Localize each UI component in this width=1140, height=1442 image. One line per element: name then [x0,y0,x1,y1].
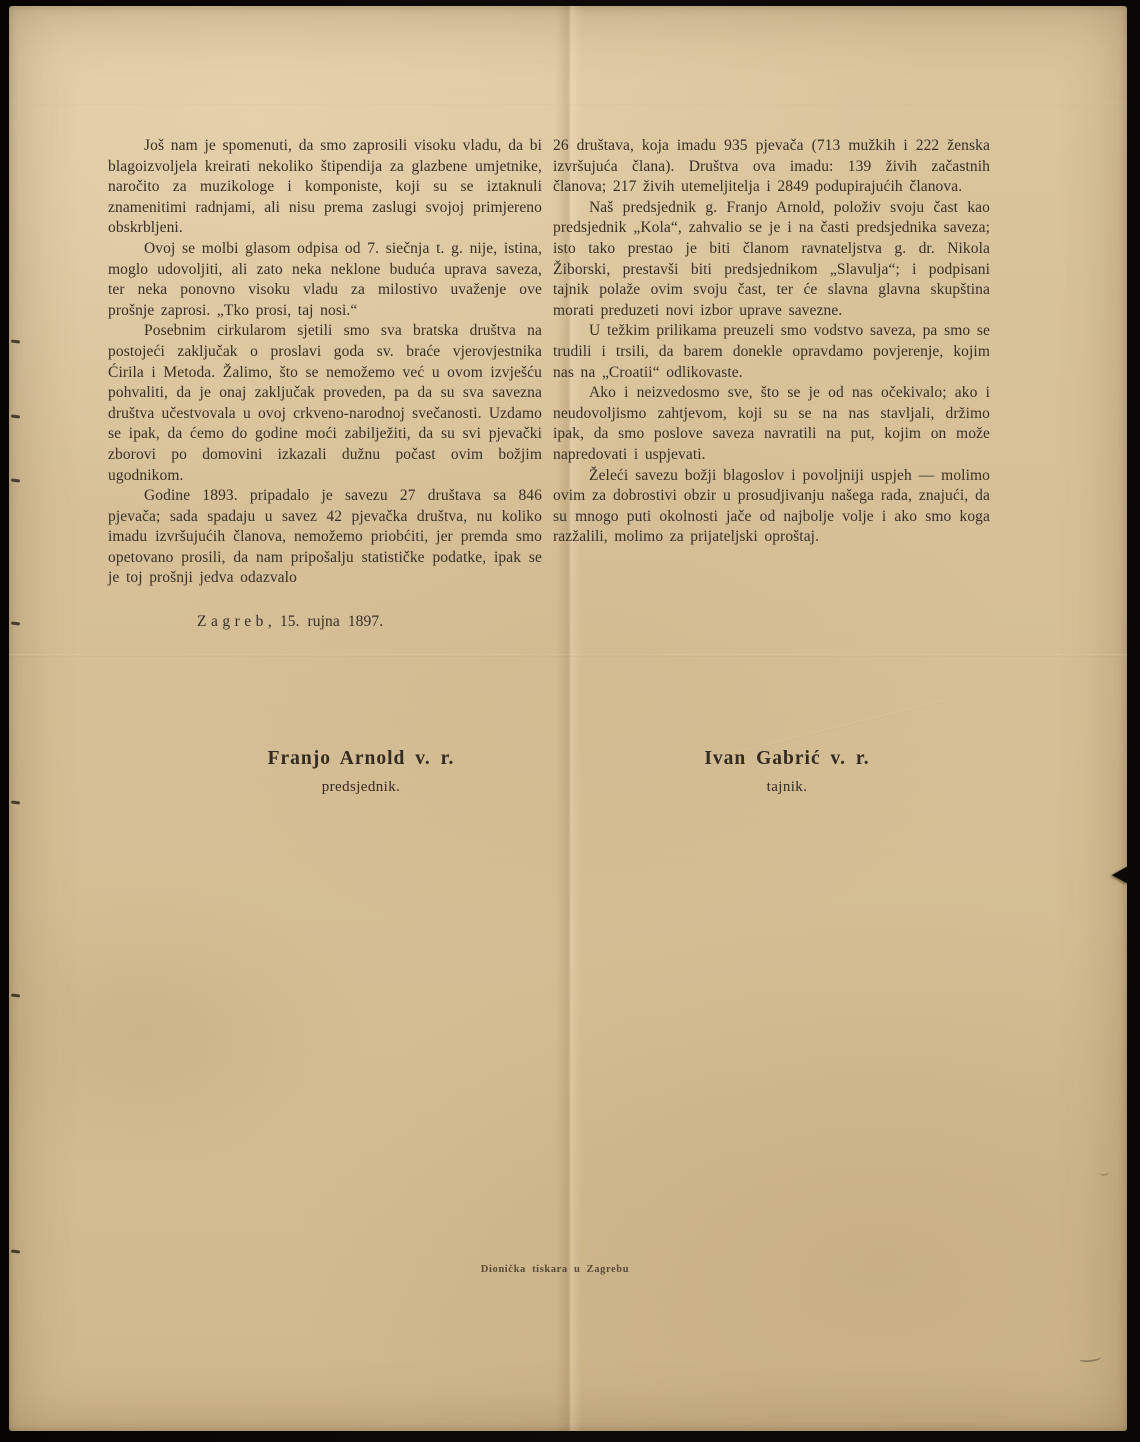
edge-tear-notch [1112,866,1128,884]
dateline: Zagreb, 15. rujna 1897. [197,612,542,633]
signature-secretary-title: tajnik. [627,779,947,796]
horizontal-crease [9,102,1127,105]
smudge-mark [1079,1353,1102,1363]
photo-backdrop: Još nam je spomenuti, da smo zaprosili v… [0,0,1140,1442]
stitch-mark [11,339,20,343]
stitch-mark [11,478,20,482]
stitch-mark [11,1249,20,1253]
signature-president-title: predsjednik. [201,779,521,796]
signature-secretary: Ivan Gabrić v. r. tajnik. [627,748,947,796]
paragraph-leadership: U težkim prilikama preuzeli smo vodstvo … [553,321,990,383]
paragraph-membership-numbers: 26 društava, koja imadu 935 pjevača (713… [553,136,990,198]
paragraph-petition-reply: Ovoj se molbi glasom odpisa od 7. siečnj… [108,239,542,321]
stitch-mark [11,800,20,804]
paragraph-resignations: Naš predsjednik g. Franjo Arnold, položi… [553,198,990,322]
signature-president: Franjo Arnold v. r. predsjednik. [201,748,521,796]
smudge-mark [1099,1167,1110,1176]
paragraph-circular: Posebnim cirkularom sjetili smo sva brat… [108,321,542,486]
dateline-date: , 15. rujna 1897. [268,613,383,630]
stitch-mark [11,414,20,418]
horizontal-crease [9,654,1127,657]
right-column: 26 društava, koja imadu 935 pjevača (713… [553,136,990,548]
dateline-place: Zagreb [197,613,268,630]
paragraph-farewell: Želeći savezu božji blagoslov i povoljni… [553,466,990,548]
paragraph-statistics: Godine 1893. pripadalo je savezu 27 druš… [108,486,542,589]
signature-president-name: Franjo Arnold v. r. [201,748,521,770]
stitch-mark [11,993,20,997]
stitch-mark [11,621,20,625]
paragraph-apologia: Ako i neizvedosmo sve, što se je od nas … [553,383,990,465]
document-page: Još nam je spomenuti, da smo zaprosili v… [9,6,1127,1431]
printer-imprint: Dionička tiskara u Zagrebu [395,1264,715,1275]
signature-secretary-name: Ivan Gabrić v. r. [627,748,947,770]
paragraph-stipends: Još nam je spomenuti, da smo zaprosili v… [108,136,542,239]
left-column: Još nam je spomenuti, da smo zaprosili v… [108,136,542,633]
